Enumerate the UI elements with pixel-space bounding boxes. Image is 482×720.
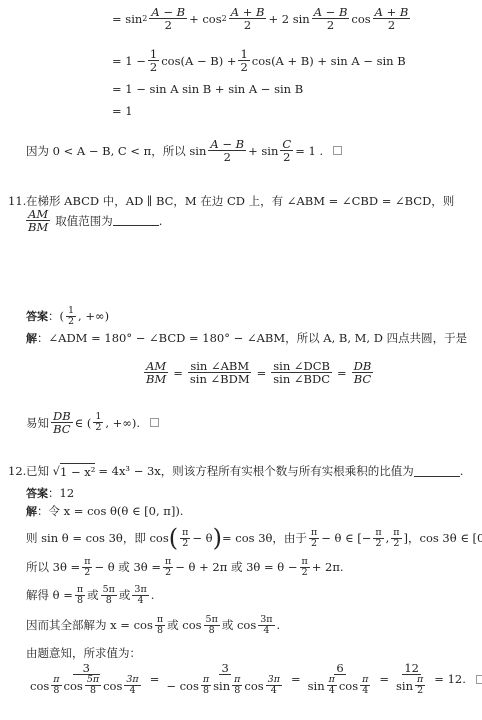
text: − θ: [192, 531, 212, 545]
q12-solution-line-4: 解得 θ = π8 或 5π8 或 3π4 .: [26, 585, 154, 606]
fraction: 3 − cosπ8 sinπ8 cos3π4: [164, 662, 286, 696]
solution-label: 解: [26, 330, 37, 346]
fraction: 3π4: [258, 615, 274, 636]
question-text: 在梯形 ABCD 中，AD ∥ BC，M 在边 CD 上，有 ∠ABM = ∠C…: [26, 193, 454, 209]
text: 则 sin θ = cos 3θ，即 cos: [26, 530, 169, 546]
paren: ): [213, 526, 222, 550]
text: .: [159, 214, 163, 228]
text: 或: [119, 587, 131, 603]
text: .: [151, 588, 155, 602]
fraction: A + B2: [373, 6, 411, 31]
fraction: AMBM: [144, 360, 168, 385]
answer-blank: [113, 215, 159, 226]
answer-label: 答案: [26, 308, 48, 324]
q12-stem: 12. 已知 √ 1 − x² = 4x³ − 3x，则该方程所有实根个数与所有…: [8, 463, 463, 479]
fraction: A − B2: [312, 6, 350, 31]
proof-line-4: = 1: [112, 104, 133, 118]
fraction: 12: [93, 412, 103, 433]
q12-answer: 答案 ：12: [26, 485, 74, 501]
fraction: DBBC: [51, 410, 73, 435]
text: , +∞).: [105, 416, 140, 430]
answer-value: ：12: [48, 485, 74, 501]
text: − θ + 2π 或 3θ = θ −: [175, 559, 297, 575]
fraction: π8: [155, 615, 165, 636]
fraction: A − B2: [208, 138, 246, 163]
q11-stem-2: AMBM 取值范围为 .: [24, 208, 162, 233]
fraction: π2: [309, 528, 319, 549]
q11-conclusion: 易知 DBBC ∈ ( 12 , +∞).: [26, 410, 159, 435]
text: ：(: [48, 308, 64, 324]
proof-line-1: = sin2 A − B2 + cos2 A + B2 + 2 sin A − …: [112, 6, 412, 31]
superscript: 2: [142, 14, 147, 23]
q12-solution-line-6: 由题意知，所求值为：: [26, 645, 141, 661]
answer-value: , +∞): [78, 309, 109, 323]
fraction: π2: [82, 557, 92, 578]
proof-line-2: = 1 − 12 cos(A − B) + 12 cos(A + B) + si…: [112, 48, 406, 73]
q12-solution-line-2: 则 sin θ = cos 3θ，即 cos ( π2 − θ ) = cos …: [26, 526, 482, 550]
text: cos(A − B) +: [161, 54, 236, 68]
fraction: A + B2: [229, 6, 267, 31]
text: = 1 .: [295, 144, 323, 158]
fraction: 3π4: [132, 585, 148, 606]
fraction: 5π8: [101, 585, 117, 606]
text: ,: [386, 531, 390, 545]
q11-solution-line-1: 解 ：∠ADM = 180° − ∠BCD = 180° − ∠ABM，所以 A…: [26, 330, 467, 346]
qed-icon: [476, 675, 482, 684]
text: 解得 θ =: [26, 587, 73, 603]
fraction: π2: [373, 528, 383, 549]
text: = sin: [112, 12, 142, 26]
qed-icon: [333, 146, 342, 155]
text: = cos 3θ，由于: [222, 530, 307, 546]
fraction: π2: [391, 528, 401, 549]
fraction: π8: [75, 585, 85, 606]
solution-label: 解: [26, 503, 37, 519]
q12-solution-line-5: 因而其全部解为 x = cos π8 或 cos 5π8 或 cos 3π4 .: [26, 615, 280, 636]
text: ∈ (: [75, 416, 92, 430]
superscript: 2: [222, 14, 227, 23]
text: cos: [351, 12, 370, 26]
fraction: 12 sinπ2: [394, 662, 429, 696]
text: .: [460, 464, 464, 478]
answer-blank: [414, 466, 460, 477]
text: + 2 sin: [268, 12, 309, 26]
proof-line-3: = 1 − sin A sin B + sin A − sin B: [112, 82, 303, 96]
text: 易知: [26, 415, 49, 431]
fraction: 5π8: [204, 615, 220, 636]
fraction: A − B2: [149, 6, 187, 31]
equals: =: [291, 672, 301, 686]
fraction: 12: [238, 48, 249, 73]
text: 因而其全部解为 x = cos: [26, 617, 153, 633]
q12-final-equation: 3 cosπ8 cos5π8 cos3π4 = 3 − cosπ8 sinπ8 …: [26, 662, 482, 696]
fraction: DBBC: [352, 360, 374, 385]
question-number: 11.: [8, 194, 26, 208]
fraction: π2: [300, 557, 310, 578]
text: ：令 x = cos θ(θ ∈ [0, π]).: [37, 503, 183, 519]
q12-solution-line-3: 所以 3θ = π2 − θ 或 3θ = π2 − θ + 2π 或 3θ =…: [26, 557, 344, 578]
fraction: π2: [180, 528, 190, 549]
equals: =: [337, 366, 347, 380]
text: − θ ∈ [−: [321, 531, 371, 545]
text: ]，cos 3θ ∈ [0, 3π],: [404, 530, 482, 546]
radicand: 1 − x²: [60, 463, 95, 479]
question-number: 12.: [8, 464, 26, 478]
answer-label: 答案: [26, 485, 48, 501]
question-text: 取值范围为: [55, 213, 113, 229]
equals: =: [379, 672, 389, 686]
q11-equation: AMBM = sin ∠ABMsin ∠BDM = sin ∠DCBsin ∠B…: [142, 360, 375, 385]
text: 或 cos: [222, 617, 256, 633]
text: + sin: [248, 144, 278, 158]
text: .: [277, 618, 281, 632]
fraction: 6 sinπ4 cosπ4: [306, 662, 375, 696]
text: 或: [87, 587, 99, 603]
paren: (: [169, 526, 178, 550]
fraction: AMBM: [26, 208, 50, 233]
text: 已知 √: [26, 463, 60, 479]
text: − θ 或 3θ =: [94, 559, 161, 575]
q11-stem: 11. 在梯形 ABCD 中，AD ∥ BC，M 在边 CD 上，有 ∠ABM …: [8, 193, 454, 209]
fraction: sin ∠DCBsin ∠BDC: [271, 360, 332, 385]
text: ：∠ADM = 180° − ∠BCD = 180° − ∠ABM，所以 A, …: [37, 330, 467, 346]
final-result: = 12.: [434, 672, 466, 686]
text: = 1 −: [112, 54, 146, 68]
q12-solution-line-1: 解 ：令 x = cos θ(θ ∈ [0, π]).: [26, 503, 183, 519]
fraction: C2: [280, 138, 293, 163]
fraction: 12: [66, 306, 76, 327]
text: 因为 0 < A − B, C < π，所以 sin: [26, 143, 206, 159]
text: 所以 3θ =: [26, 559, 80, 575]
text: cos(A + B) + sin A − sin B: [252, 54, 406, 68]
fraction: 12: [148, 48, 159, 73]
equals: =: [150, 672, 160, 686]
equals: =: [257, 366, 267, 380]
proof-conclusion: 因为 0 < A − B, C < π，所以 sin A − B2 + sin …: [26, 138, 342, 163]
qed-icon: [150, 418, 159, 427]
fraction: sin ∠ABMsin ∠BDM: [188, 360, 252, 385]
text: + 2π.: [312, 560, 344, 574]
fraction: π2: [163, 557, 173, 578]
text: 或 cos: [167, 617, 201, 633]
question-text: = 4x³ − 3x，则该方程所有实根个数与所有实根乘积的比值为: [98, 463, 413, 479]
equals: =: [173, 366, 183, 380]
fraction: 3 cosπ8 cos5π8 cos3π4: [28, 662, 145, 696]
q11-answer: 答案 ：( 12 , +∞): [26, 306, 109, 327]
text: + cos: [189, 12, 222, 26]
